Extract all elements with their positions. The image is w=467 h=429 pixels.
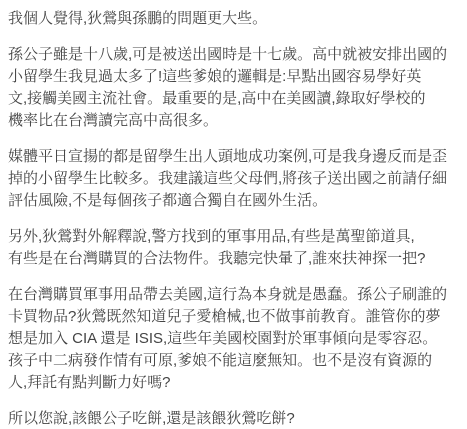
paragraph-4: 另外,狄鶯對外解釋說,警方找到的軍事用品,有些是萬聖節道具, 有些是在台灣購買的… xyxy=(8,226,459,270)
paragraph-1: 我個人覺得,狄鶯與孫鵬的問題更大些。 xyxy=(8,8,459,30)
paragraph-3: 媒體平日宣揚的都是留學生出人頭地成功案例,可是我身邊反而是歪 掉的小留學生比較多… xyxy=(8,146,459,212)
paragraph-5: 在台灣購買軍事用品帶去美國,這行為本身就是愚蠢。孫公子刷誰的 卡買物品?狄鶯既然… xyxy=(8,284,459,394)
paragraph-2: 孫公子雖是十八歲,可是被送出國時是十七歲。高中就被安排出國的 小留學生我見過太多… xyxy=(8,44,459,132)
paragraph-6: 所以您說,該餵公子吃餅,還是該餵狄鶯吃餅? xyxy=(8,408,459,429)
article-text: 我個人覺得,狄鶯與孫鵬的問題更大些。 孫公子雖是十八歲,可是被送出國時是十七歲。… xyxy=(0,0,467,429)
